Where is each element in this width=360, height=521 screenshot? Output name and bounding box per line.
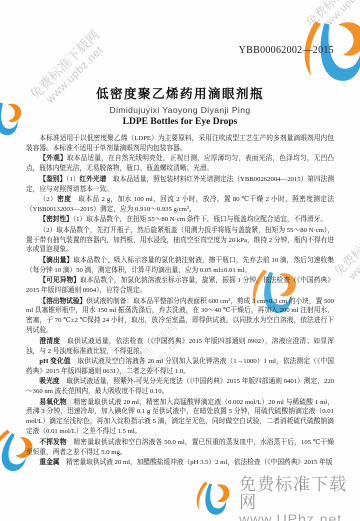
paragraph-label: 【滴出量】 bbox=[39, 257, 73, 264]
paragraph: 【外观】取本品适量，在自然光线明亮处，正视目测，应厚薄均匀，表面光洁，色泽均匀，… bbox=[26, 154, 334, 174]
title-english: LDPE Bottles for Eye Drops bbox=[0, 117, 360, 127]
paragraph-label: 【溶出物试验】 bbox=[39, 298, 86, 305]
paragraph-text: 取供试液适量，照紫外-可见分光光度法（《中国药典》2015 年版四部通则 040… bbox=[26, 378, 334, 395]
paragraph-text: 精密量取供试液 20 ml，加醋酸盐缓冲液（pH 3.5）2 ml，依法检查（《… bbox=[59, 459, 332, 466]
paragraph: 易氧化物 精密量取供试液 20 ml，精密加入高锰酸钾滴定液（0.002 mol… bbox=[26, 398, 334, 438]
paragraph-text: （2）取本品数个，先打开瓶子，然后旋紧瓶盖（用测力扳手将瓶与盖旋紧，扭矩为 55… bbox=[26, 227, 334, 254]
paragraph-term: 吸光度 bbox=[39, 378, 59, 385]
paragraph-label: 【鉴别】 bbox=[39, 176, 66, 183]
paragraph-term: 重金属 bbox=[39, 459, 59, 466]
document-body: 本标准适用于以低密度聚乙烯（LDPE）为主要原料，采用注吹成型工艺生产的多剂量滴… bbox=[26, 134, 334, 468]
paragraph: 【溶出物试验】供试液的制备：取本品平整部分内表面积 600 cm²，剪成 3 c… bbox=[26, 297, 334, 337]
paragraph: 本标准适用于以低密度聚乙烯（LDPE）为主要原料，采用注吹成型工艺生产的多剂量滴… bbox=[26, 134, 334, 154]
paragraph-term: 澄清度 bbox=[39, 338, 60, 345]
paragraph-term: 密度 bbox=[57, 196, 71, 203]
paragraph-text: 取供试液及空白溶液各 20 ml 分别加入氯化钾溶液（1→1000）1 ml，依… bbox=[26, 358, 334, 375]
paragraph: 【可见异物】取本品数个，加氯化钠溶液至标示容量，旋紧，振摇 1 分钟，依法检查（… bbox=[26, 276, 334, 296]
title-chinese: 低密度聚乙烯药用滴眼剂瓶 bbox=[0, 84, 360, 102]
paragraph: pH 变化值 取供试液及空白溶液各 20 ml 分别加入氯化钾溶液（1→1000… bbox=[26, 357, 334, 377]
title-block: 低密度聚乙烯药用滴眼剂瓶 Dimidujuyixi Yaoyong Diyanj… bbox=[0, 84, 360, 127]
paragraph: （2）密度 取本品 2 g，加水 100 ml，回流 2 小时，放冷，置 80 … bbox=[26, 195, 334, 215]
paragraph-text: 取供试液适量，依法检查（《中国药典》2015 年版四部通则 0902），溶液应澄… bbox=[26, 338, 334, 355]
paragraph: 吸光度 取供试液适量，照紫外-可见分光光度法（《中国药典》2015 年版四部通则… bbox=[26, 377, 334, 397]
paragraph-term: 红外光谱 bbox=[80, 176, 107, 183]
paragraph: （2）取本品数个，先打开瓶子，然后旋紧瓶盖（用测力扳手将瓶与盖旋紧，扭矩为 55… bbox=[26, 226, 334, 256]
paragraph: 重金属 精密量取供试液 20 ml，加醋酸盐缓冲液（pH 3.5）2 ml，依法… bbox=[26, 458, 334, 468]
paragraph-text: 精密量取供试液 20 ml，精密加入高锰酸钾滴定液（0.002 mol/L）20… bbox=[26, 399, 334, 436]
paragraph-text: 取本品 2 g，加水 100 ml，回流 2 小时，放冷，置 80 ℃干燥 2 … bbox=[26, 196, 334, 213]
paragraph-term: 不挥发物 bbox=[39, 439, 66, 446]
paragraph-term: 易氧化物 bbox=[39, 399, 66, 406]
paragraph-text: 取本品适量，在自然光线明亮处，正视目测，应厚薄均匀，表面光洁，色泽均匀，无凹凸点… bbox=[26, 155, 334, 172]
paragraph-label: 【密封性】 bbox=[39, 216, 72, 223]
paragraph-label: 【可见异物】 bbox=[39, 277, 80, 284]
page-number: - 1 - bbox=[294, 485, 309, 491]
document-content: YBB00062002—2015 低密度聚乙烯药用滴眼剂瓶 Dimidujuyi… bbox=[0, 0, 360, 521]
paragraph: 澄清度 取供试液适量，依法检查（《中国药典》2015 年版四部通则 0902），… bbox=[26, 337, 334, 357]
title-pinyin: Dimidujuyixi Yaoyong Diyanji Ping bbox=[0, 105, 360, 115]
scanned-standard-page: 免费标准下载网 www.upbz.net 免费标准下载网 www.upbz.ne… bbox=[0, 0, 360, 521]
paragraph-text: （1） bbox=[66, 176, 79, 183]
paragraph: 【滴出量】取本品数个，吸入标示容量的氯化钠注射液，擦干瓶口，先弃去前 10 滴，… bbox=[26, 256, 334, 276]
paragraph-text: 取本品数个，吸入标示容量的氯化钠注射液，擦干瓶口，先弃去前 10 滴，然后匀速收… bbox=[26, 257, 334, 274]
paragraph: 不挥发物 精密量取供试液和空白溶液各 50.0 ml，置已恒重的蒸发皿中，水浴蒸… bbox=[26, 438, 334, 458]
paragraph: 【密封性】（1）取本品数个，在扭矩 55～80 N·cm 条件下，瓶口与瓶盖均应… bbox=[26, 215, 334, 225]
paragraph-text: （1）取本品数个，在扭矩 55～80 N·cm 条件下，瓶口与瓶盖均应配合适宜，… bbox=[73, 216, 327, 223]
paragraph-label: 【外观】 bbox=[39, 155, 66, 162]
paragraph-text: （2） bbox=[39, 196, 57, 203]
paragraph-text: 本标准适用于以低密度聚乙烯（LDPE）为主要原料，采用注吹成型工艺生产的多剂量滴… bbox=[26, 135, 334, 152]
paragraph-term: pH 变化值 bbox=[39, 358, 70, 365]
paragraph: 【鉴别】（1）红外光谱 取本品适量，照包装材料红外光谱测定法（YBB002620… bbox=[26, 175, 334, 195]
paragraph-text: 精密量取供试液和空白溶液各 50.0 ml，置已恒重的蒸发皿中，水浴蒸干后，10… bbox=[26, 439, 334, 456]
standard-number: YBB00062002—2015 bbox=[239, 45, 334, 56]
